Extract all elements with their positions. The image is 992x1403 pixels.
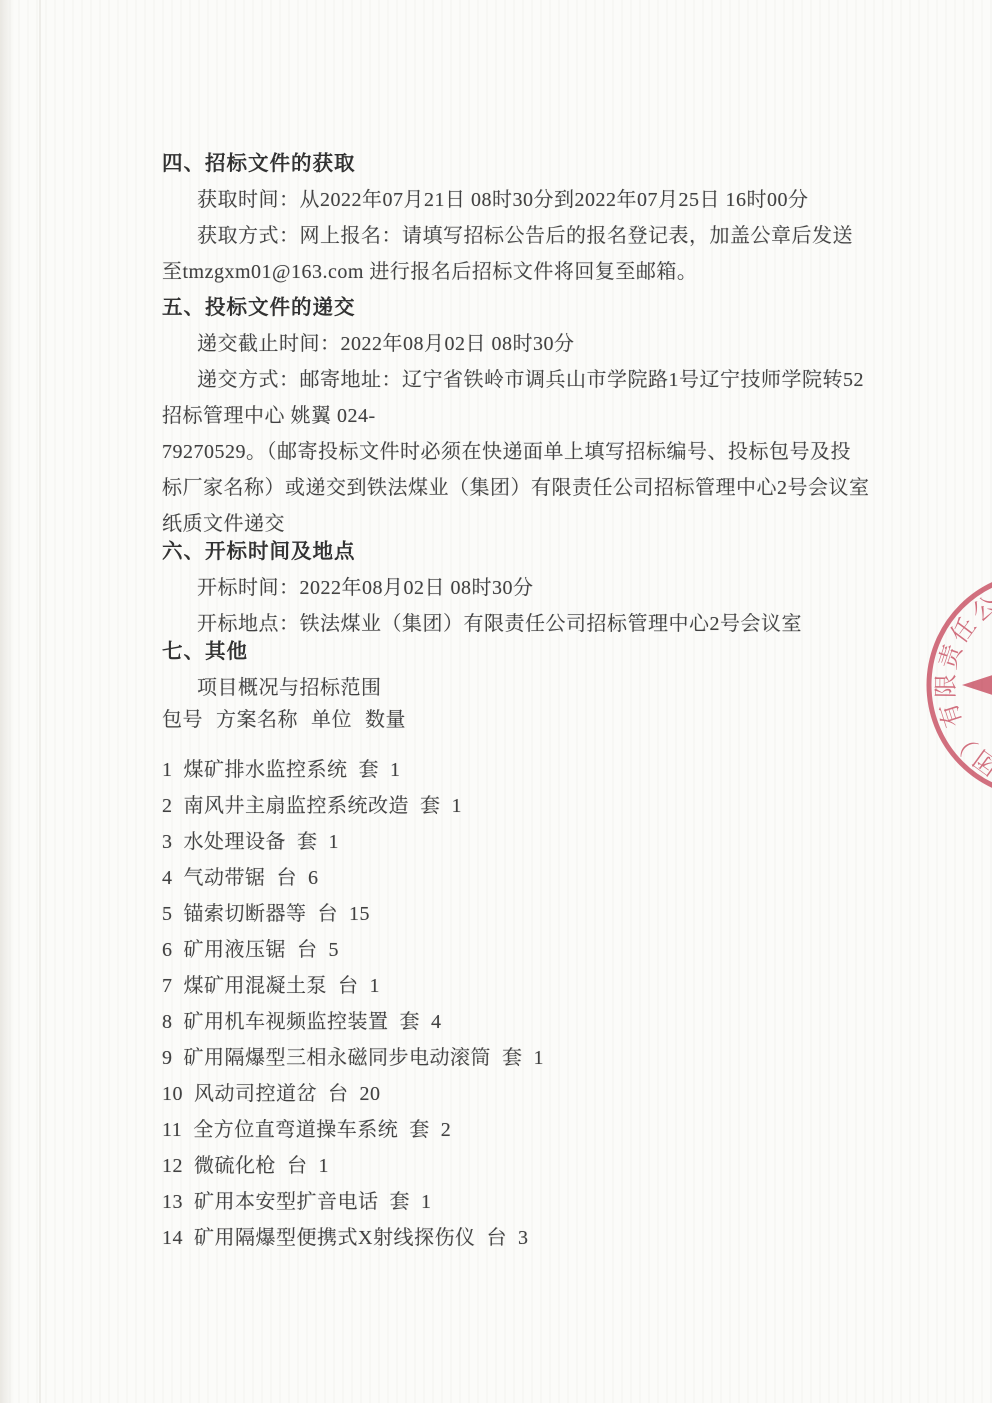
- package-qty: 4: [431, 1011, 442, 1033]
- package-number: 7: [162, 975, 173, 997]
- package-number: 6: [162, 939, 173, 961]
- package-unit: 台: [318, 903, 339, 925]
- package-unit: 台: [486, 1227, 507, 1249]
- package-name: 矿用本安型扩音电话: [194, 1191, 379, 1213]
- package-unit: 套: [390, 1191, 411, 1213]
- document-section: 六、开标时间及地点 开标时间：2022年08月02日 08时30分开标地点：铁法…: [162, 534, 868, 642]
- package-list-item: 12微硫化枪台1: [162, 1148, 868, 1184]
- package-name: 矿用隔爆型三相永磁同步电动滚筒: [184, 1047, 492, 1069]
- text-line: 至tmzgxm01@163.com 进行报名后招标文件将回复至邮箱。: [162, 254, 868, 290]
- package-column-label: 方案名称: [216, 709, 298, 731]
- package-list: 1煤矿排水监控系统套12南风井主扇监控系统改造套13水处理设备套14气动带锯台6…: [162, 752, 868, 1256]
- stamp-star-icon: [962, 611, 992, 759]
- package-name: 气动带锯: [184, 867, 266, 889]
- text-line: 招标管理中心 姚翼 024-: [162, 398, 868, 434]
- package-unit: 台: [297, 939, 318, 961]
- package-unit: 套: [359, 759, 380, 781]
- package-name: 矿用机车视频监控装置: [184, 1011, 389, 1033]
- package-qty: 6: [308, 867, 319, 889]
- package-column-label: 数量: [365, 709, 406, 731]
- package-number: 12: [162, 1155, 183, 1177]
- package-qty: 15: [349, 903, 370, 925]
- package-number: 3: [162, 831, 173, 853]
- package-qty: 20: [360, 1083, 381, 1105]
- section-heading: 五、投标文件的递交: [162, 290, 868, 326]
- package-name: 风动司控道岔: [194, 1083, 317, 1105]
- package-number: 2: [162, 795, 173, 817]
- text-line: 获取方式：网上报名：请填写招标公告后的报名登记表，加盖公章后发送: [162, 218, 868, 254]
- package-list-item: 6矿用液压锯台5: [162, 932, 868, 968]
- package-name: 矿用液压锯: [184, 939, 287, 961]
- package-number: 13: [162, 1191, 183, 1213]
- text-line: 开标地点：铁法煤业（集团）有限责任公司招标管理中心2号会议室: [162, 606, 868, 642]
- package-unit: 台: [338, 975, 359, 997]
- package-list-item: 10风动司控道岔台20: [162, 1076, 868, 1112]
- document-section: 四、招标文件的获取 获取时间：从2022年07月21日 08时30分到2022年…: [162, 146, 868, 290]
- package-name: 煤矿用混凝土泵: [184, 975, 328, 997]
- text-line: 递交方式：邮寄地址：辽宁省铁岭市调兵山市学院路1号辽宁技师学院转52: [162, 362, 868, 398]
- package-list-item: 13矿用本安型扩音电话套1: [162, 1184, 868, 1220]
- package-number: 4: [162, 867, 173, 889]
- package-unit: 台: [287, 1155, 308, 1177]
- section-heading: 四、招标文件的获取: [162, 146, 868, 182]
- scan-left-edge-shadow: [0, 0, 14, 1403]
- text-line: 获取时间：从2022年07月21日 08时30分到2022年07月25日 16时…: [162, 182, 868, 218]
- package-number: 8: [162, 1011, 173, 1033]
- package-qty: 1: [421, 1191, 432, 1213]
- package-name: 微硫化枪: [194, 1155, 276, 1177]
- package-qty: 1: [329, 831, 340, 853]
- package-qty: 1: [390, 759, 401, 781]
- package-name: 水处理设备: [184, 831, 287, 853]
- text-line: 标厂家名称）或递交到铁法煤业（集团）有限责任公司招标管理中心2号会议室: [162, 470, 868, 506]
- package-number: 9: [162, 1047, 173, 1069]
- document-section: 五、投标文件的递交 递交截止时间：2022年08月02日 08时30分递交方式：…: [162, 290, 868, 542]
- document-content: 四、招标文件的获取 获取时间：从2022年07月21日 08时30分到2022年…: [162, 146, 868, 1256]
- package-list-item: 2南风井主扇监控系统改造套1: [162, 788, 868, 824]
- text-line: 项目概况与招标范围: [162, 670, 868, 706]
- document-section: 七、其他 项目概况与招标范围: [162, 634, 868, 706]
- package-number: 11: [162, 1119, 182, 1141]
- stamp-ring-textpath: 铁法煤业（集团）有限责任公司招标管理中心: [934, 578, 992, 791]
- package-unit: 套: [297, 831, 318, 853]
- package-qty: 1: [370, 975, 381, 997]
- package-qty: 1: [534, 1047, 545, 1069]
- section-heading: 六、开标时间及地点: [162, 534, 868, 570]
- package-unit: 套: [400, 1011, 421, 1033]
- package-list-item: 4气动带锯台6: [162, 860, 868, 896]
- package-qty: 1: [452, 795, 463, 817]
- package-qty: 2: [441, 1119, 452, 1141]
- package-number: 10: [162, 1083, 183, 1105]
- package-qty: 3: [518, 1227, 529, 1249]
- package-number: 1: [162, 759, 173, 781]
- package-name: 煤矿排水监控系统: [184, 759, 348, 781]
- package-list-item: 5锚索切断器等台15: [162, 896, 868, 932]
- stamp-ring-text: 铁法煤业（集团）有限责任公司招标管理中心: [934, 578, 992, 791]
- package-name: 南风井主扇监控系统改造: [184, 795, 410, 817]
- package-name: 全方位直弯道操车系统: [193, 1119, 398, 1141]
- package-name: 锚索切断器等: [184, 903, 307, 925]
- scanned-document-page: 四、招标文件的获取 获取时间：从2022年07月21日 08时30分到2022年…: [0, 0, 992, 1403]
- package-list-item: 3水处理设备套1: [162, 824, 868, 860]
- text-line: 递交截止时间：2022年08月02日 08时30分: [162, 326, 868, 362]
- package-list-header: 包号方案名称单位数量: [162, 702, 868, 738]
- scan-fold-line: [39, 0, 41, 1403]
- package-qty: 5: [329, 939, 340, 961]
- text-line: 开标时间：2022年08月02日 08时30分: [162, 570, 868, 606]
- stamp-ring-circle: [929, 574, 992, 796]
- text-line: 79270529。（邮寄投标文件时必须在快递面单上填写招标编号、投标包号及投: [162, 434, 868, 470]
- package-unit: 套: [420, 795, 441, 817]
- package-number: 14: [162, 1227, 183, 1249]
- package-column-label: 包号: [162, 709, 203, 731]
- package-unit: 套: [502, 1047, 523, 1069]
- package-unit: 台: [328, 1083, 349, 1105]
- package-number: 5: [162, 903, 173, 925]
- package-list-item: 1煤矿排水监控系统套1: [162, 752, 868, 788]
- package-name: 矿用隔爆型便携式X射线探伤仪: [194, 1227, 475, 1249]
- package-column-label: 单位: [311, 709, 352, 731]
- package-list-item: 8矿用机车视频监控装置套4: [162, 1004, 868, 1040]
- package-unit: 台: [277, 867, 298, 889]
- package-list-item: 14矿用隔爆型便携式X射线探伤仪台3: [162, 1220, 868, 1256]
- package-list-item: 9矿用隔爆型三相永磁同步电动滚筒套1: [162, 1040, 868, 1076]
- package-qty: 1: [319, 1155, 330, 1177]
- package-unit: 套: [409, 1119, 430, 1141]
- red-seal-stamp: 铁法煤业（集团）有限责任公司招标管理中心: [910, 555, 992, 815]
- package-list-item: 11全方位直弯道操车系统套2: [162, 1112, 868, 1148]
- package-list-item: 7煤矿用混凝土泵台1: [162, 968, 868, 1004]
